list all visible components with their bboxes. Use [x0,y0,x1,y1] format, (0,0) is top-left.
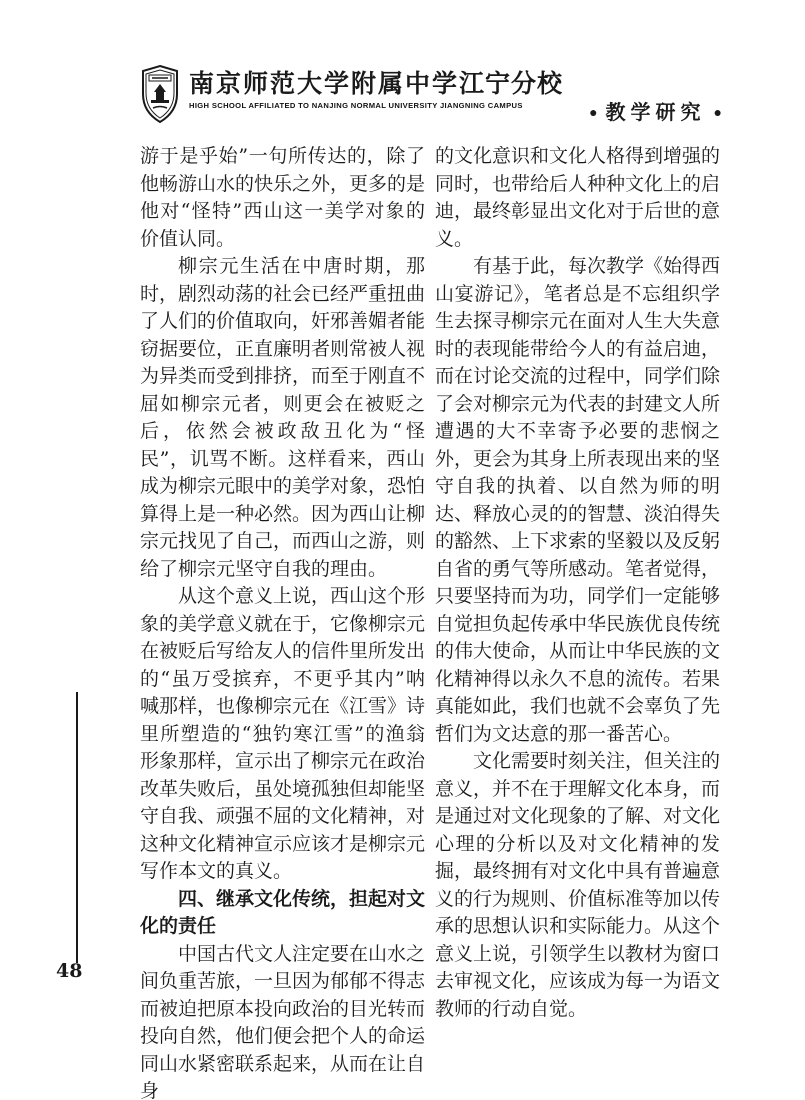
left-margin-rule [76,692,78,963]
paragraph: 文化需要时刻关注，但关注的意义，并不在于理解文化本身，而是通过对文化现象的了解、… [435,748,720,1023]
bullet-right-icon: ● [706,104,730,120]
page-number: 48 [56,960,82,982]
paragraph: 柳宗元生活在中唐时期，那时，剧烈动荡的社会已经严重扭曲了人们的价值取向，奸邪善媚… [140,253,425,583]
page-header: 南京师范大学附属中学江宁分校 HIGH SCHOOL AFFILIATED TO… [140,64,730,126]
school-name: 南京师范大学附属中学江宁分校 [189,70,563,98]
paragraph: 中国古代文人注定要在山水之间负重苦旅，一旦因为郁郁不得志而被迫把原本投向政治的目… [140,941,425,1100]
paragraph: 从这个意义上说，西山这个形象的美学意义就在于，它像柳宗元在被贬后写给友人的信件里… [140,583,425,886]
paragraph: 的文化意识和文化人格得到增强的同时，也带给后人种种文化上的启迪，最终彰显出文化对… [435,143,720,253]
school-name-calligraphy: 南京师范大学附属中学 [189,69,459,98]
section-label-text: 教学研究 [606,102,706,124]
paragraph: 有基于此，每次教学《始得西山宴游记》，笔者总是不忘组织学生去探寻柳宗元在面对人生… [435,253,720,748]
article-body: 游于是乎始”一句所传达的，除了他畅游山水的快乐之外，更多的是他对“怪特”西山这一… [140,143,720,1100]
bullet-left-icon: ● [581,104,605,120]
school-brand: 南京师范大学附属中学江宁分校 HIGH SCHOOL AFFILIATED TO… [140,64,563,124]
left-column: 游于是乎始”一句所传达的，除了他畅游山水的快乐之外，更多的是他对“怪特”西山这一… [140,143,425,1100]
school-name-suffix: 江宁分校 [459,69,563,98]
school-name-english: HIGH SCHOOL AFFILIATED TO NANJING NORMAL… [189,101,563,110]
section-heading: 四、继承文化传统，担起对文化的责任 [140,886,425,941]
school-name-block: 南京师范大学附属中学江宁分校 HIGH SCHOOL AFFILIATED TO… [189,64,563,110]
journal-page: 南京师范大学附属中学江宁分校 HIGH SCHOOL AFFILIATED TO… [0,0,805,1100]
section-label: ●教学研究● [581,96,730,125]
paragraph: 游于是乎始”一句所传达的，除了他畅游山水的快乐之外，更多的是他对“怪特”西山这一… [140,143,425,253]
school-crest-icon [140,64,180,124]
right-column: 的文化意识和文化人格得到增强的同时，也带给后人种种文化上的启迪，最终彰显出文化对… [435,143,720,1100]
